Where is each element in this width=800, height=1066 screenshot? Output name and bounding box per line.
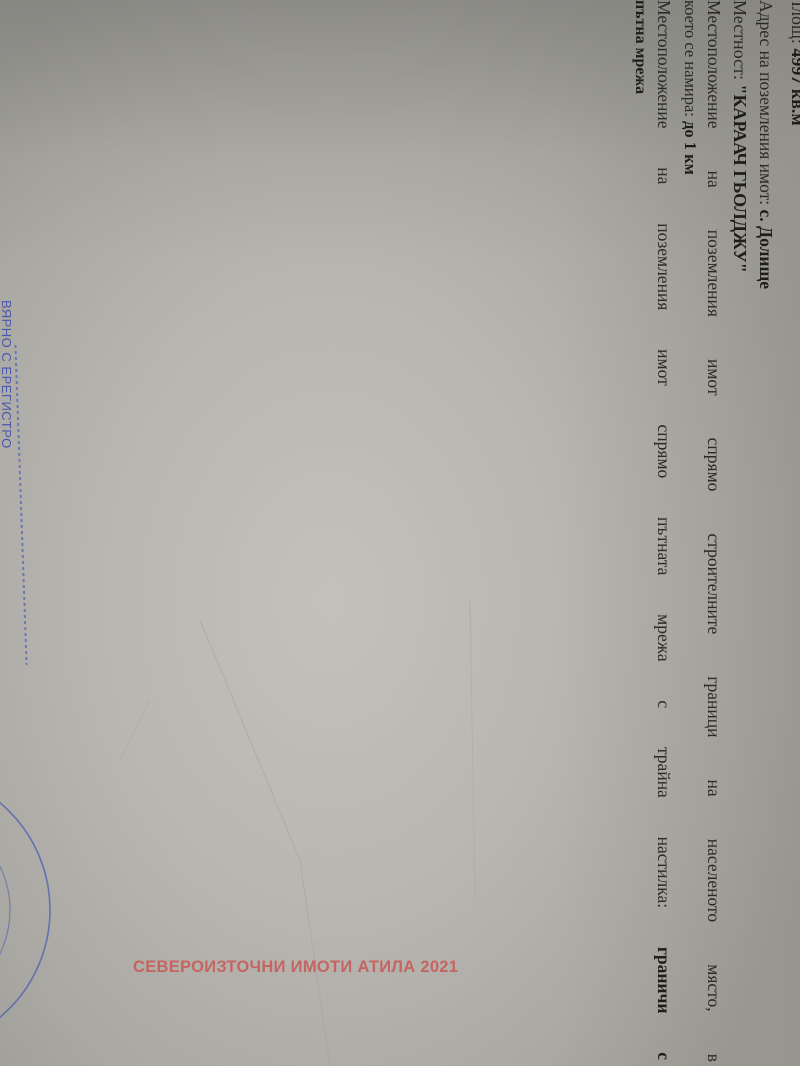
area-label: Площ:	[788, 0, 800, 44]
certified-copy-stamp: ВЯРНО С ЕРЕГИСТРО	[0, 300, 14, 449]
position-building-text: Местоположение на поземления имот спрямо…	[704, 0, 724, 1062]
seal-stamp-icon: ГЕОДЕЗИЯ, КАРТ	[0, 780, 60, 1040]
position-building-line: Местоположение на поземления имот спрямо…	[704, 0, 724, 1062]
locality-line: Местност: "КАРААЧ ГЬОЛДЖУ"	[730, 0, 750, 273]
position-road-text: Местоположение на поземления имот спрямо…	[654, 0, 674, 908]
rotated-document-page: Площ: 4997 кв.м Адрес на поземления имот…	[0, 0, 800, 1066]
position-road-line-2: пътна мрежа	[630, 0, 650, 94]
locality-label: Местност:	[730, 0, 750, 80]
position-road-value-2: пътна мрежа	[632, 0, 649, 94]
position-road-value-1: граничи с	[654, 947, 674, 1060]
position-building-line-2: което се намира: до 1 км	[680, 0, 700, 175]
position-building-label2: което се намира:	[681, 0, 700, 117]
position-road-line: Местоположение на поземления имот спрямо…	[654, 0, 674, 1060]
position-building-value: до 1 км	[681, 121, 700, 175]
address-line: Адрес на поземления имот: с. Долище	[756, 0, 776, 289]
locality-value: "КАРААЧ ГЬОЛДЖУ"	[730, 85, 750, 273]
address-label: Адрес на поземления имот:	[756, 0, 776, 205]
area-line: Площ: 4997 кв.м	[788, 0, 800, 126]
watermark-text: СЕВЕРОИЗТОЧНИ ИМОТИ АТИЛА 2021	[133, 958, 458, 977]
area-value: 4997 кв.м	[788, 48, 800, 125]
address-value: с. Долище	[756, 210, 776, 290]
